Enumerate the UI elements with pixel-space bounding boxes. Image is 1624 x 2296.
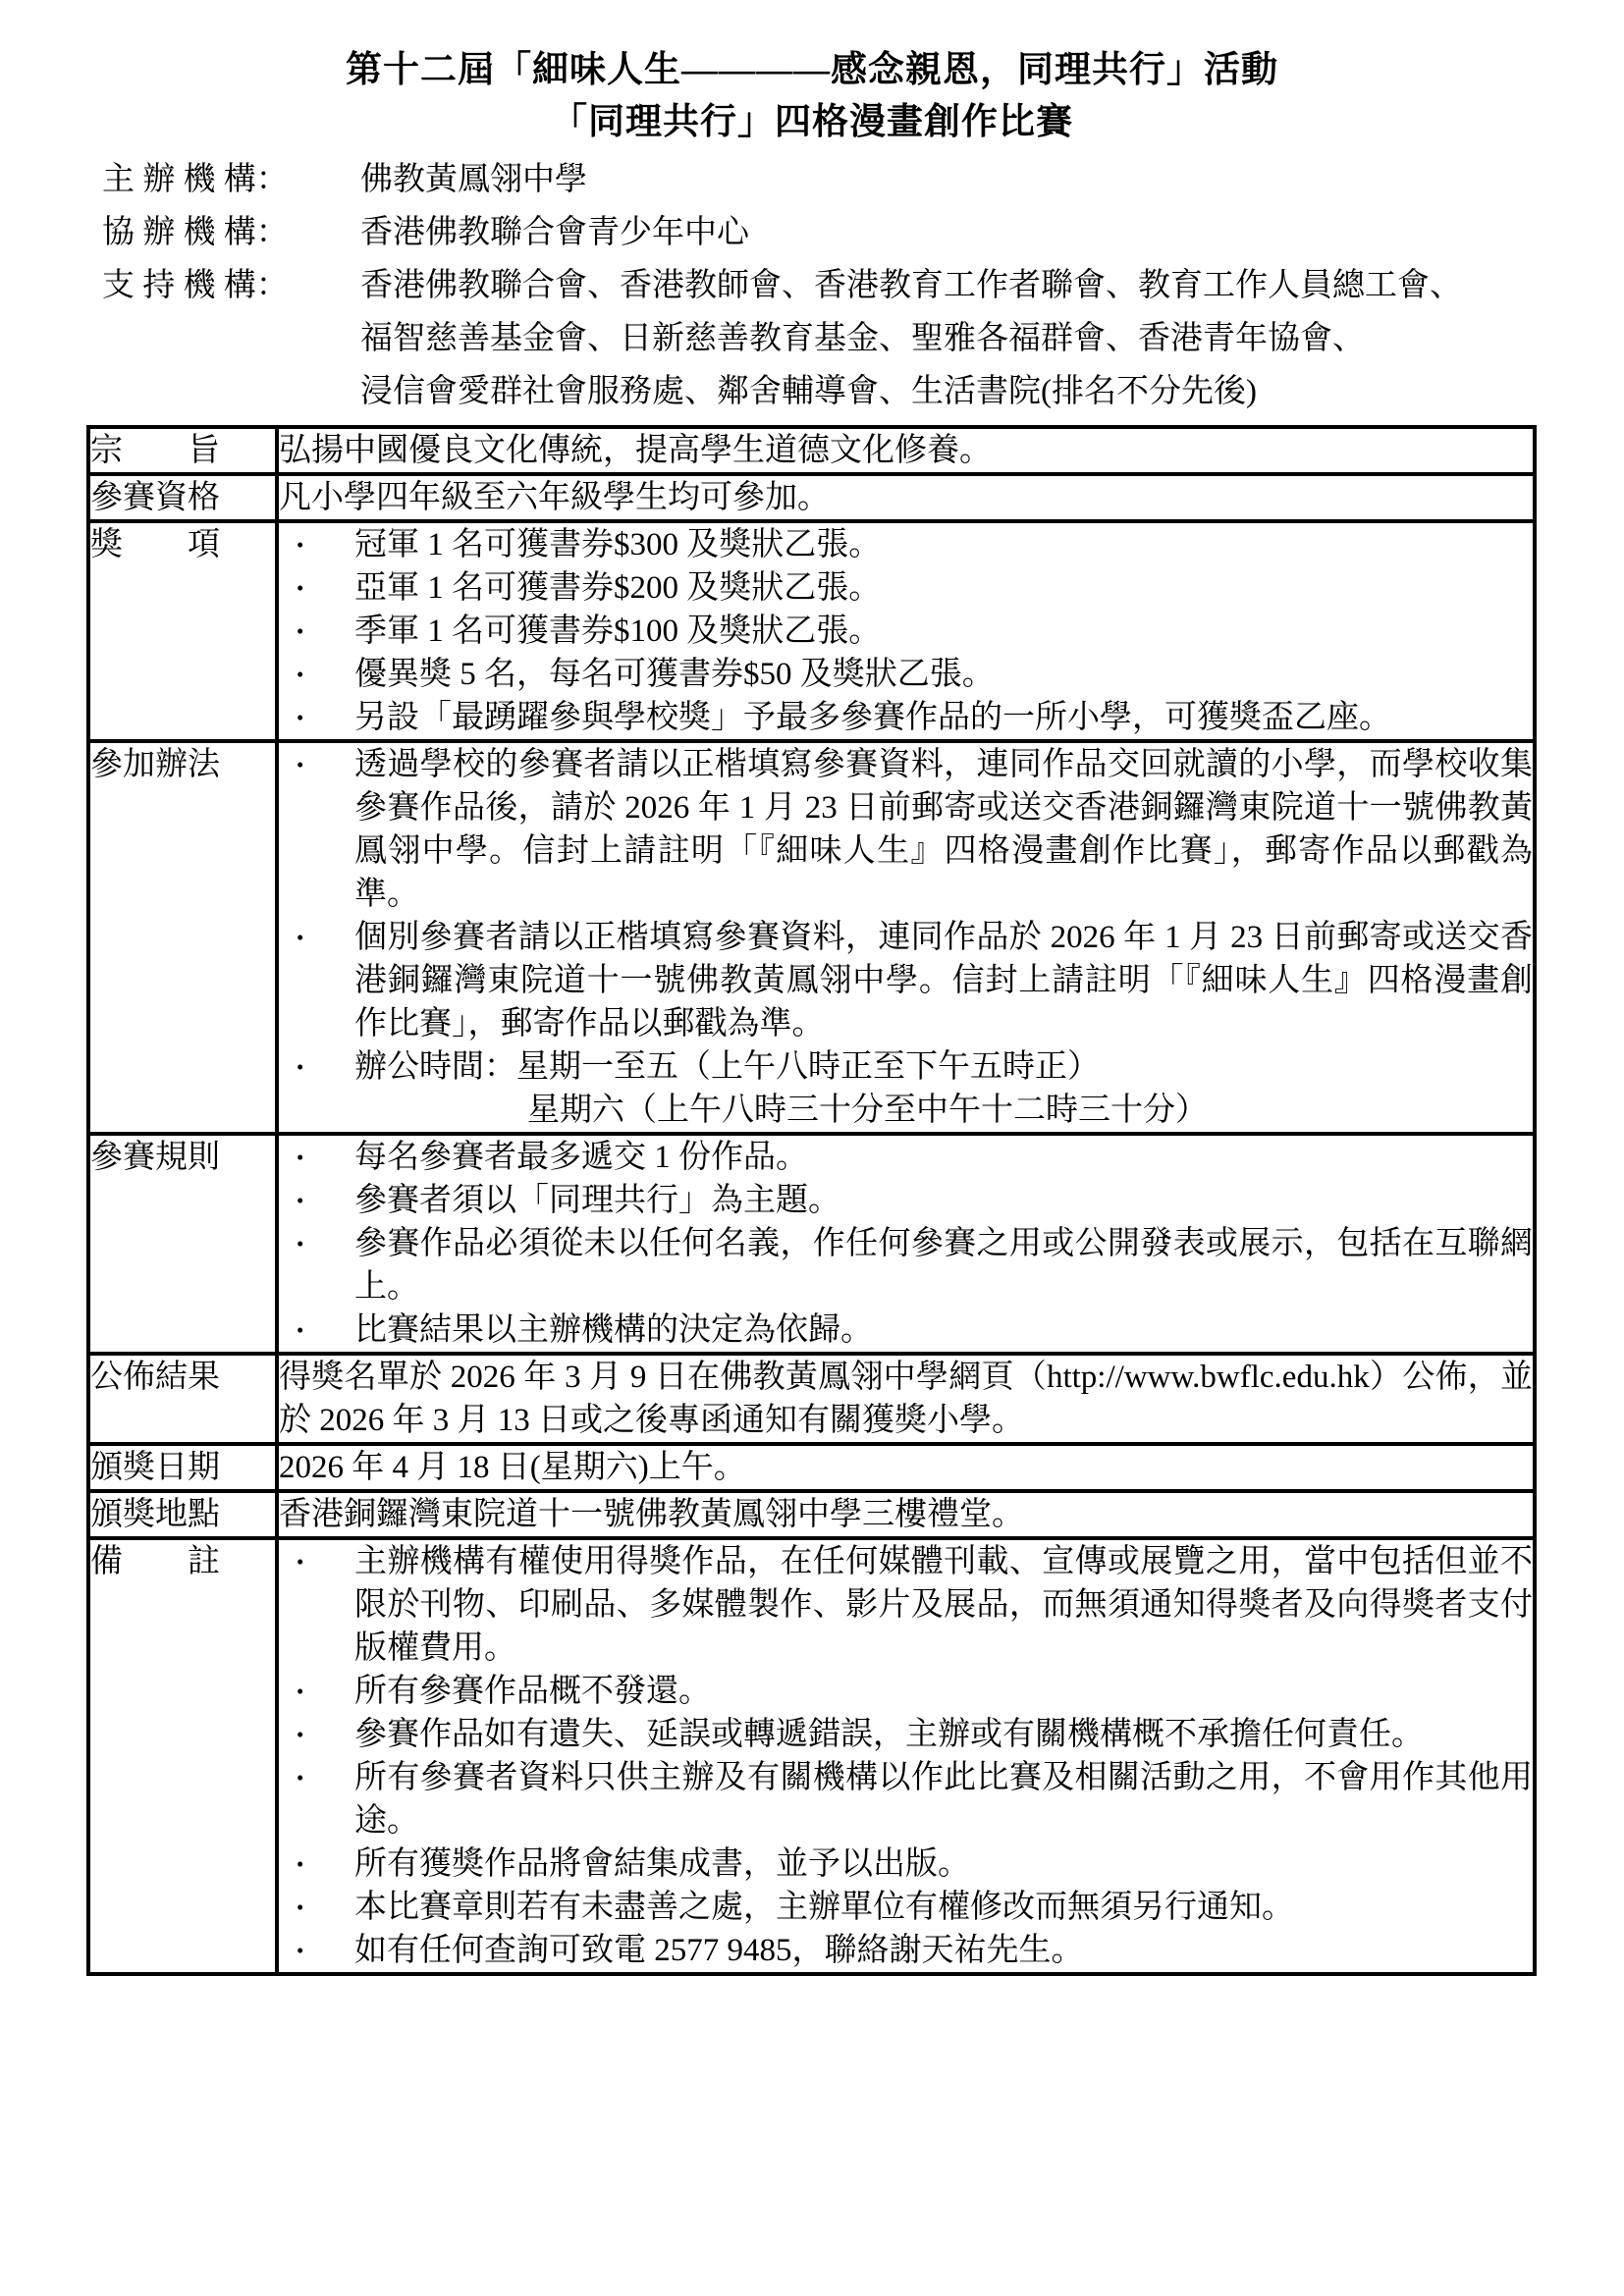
organizer-value-line: 香港佛教聯合會、香港教師會、香港教育工作者聯會、教育工作人員總工會、 — [360, 259, 1624, 312]
bullet-item: • 透過學校的參賽者請以正楷填寫參賽資料，連同作品交回就讀的小學，而學校收集參賽… — [279, 743, 1533, 916]
bullet-icon: • — [279, 1222, 354, 1308]
row-content: • 透過學校的參賽者請以正楷填寫參賽資料，連同作品交回就讀的小學，而學校收集參賽… — [277, 741, 1535, 1134]
organizer-value: 香港佛教聯合會、香港教師會、香港教育工作者聯會、教育工作人員總工會、 福智慈善基… — [360, 259, 1624, 418]
office-hours-line1: 辦公時間：星期一至五（上午八時正至下午五時正） — [354, 1045, 1533, 1089]
row-entry-method: 參加辦法 • 透過學校的參賽者請以正楷填寫參賽資料，連同作品交回就讀的小學，而學… — [88, 741, 1535, 1134]
results-text: 得獎名單於 2026 年 3 月 9 日在佛教黃鳳翎中學網頁（http://ww… — [279, 1356, 1533, 1442]
bullet-item: • 個別參賽者請以正楷填寫參賽資料，連同作品於 2026 年 1 月 23 日前… — [279, 916, 1533, 1045]
bullet-icon: • — [279, 1756, 354, 1842]
organizer-row: 主 辦 機 構： 佛教黃鳳翎中學 — [0, 153, 1624, 206]
row-content: • 每名參賽者最多遞交 1 份作品。 • 參賽者須以「同理共行」為主題。 • 參… — [277, 1134, 1535, 1354]
row-content: • 冠軍 1 名可獲書券$300 及獎狀乙張。 • 亞軍 1 名可獲書券$200… — [277, 521, 1535, 741]
bullet-item: • 亞軍 1 名可獲書券$200 及獎狀乙張。 — [279, 566, 1533, 610]
row-results-announcement: 公佈結果 得獎名單於 2026 年 3 月 9 日在佛教黃鳳翎中學網頁（http… — [88, 1354, 1535, 1444]
bullet-item: • 所有獲獎作品將會結集成書，並予以出版。 — [279, 1842, 1533, 1886]
bullet-text: 優異獎 5 名，每名可獲書券$50 及獎狀乙張。 — [354, 653, 1533, 696]
award-date-text: 2026 年 4 月 18 日(星期六)上午。 — [279, 1446, 1533, 1489]
bullet-text: 透過學校的參賽者請以正楷填寫參賽資料，連同作品交回就讀的小學，而學校收集參賽作品… — [354, 743, 1533, 916]
bullet-icon: • — [279, 610, 354, 653]
bullet-item: • 本比賽章則若有未盡善之處，主辦單位有權修改而無須另行通知。 — [279, 1886, 1533, 1929]
bullet-icon: • — [279, 1670, 354, 1713]
bullet-text: 冠軍 1 名可獲書券$300 及獎狀乙張。 — [354, 523, 1533, 566]
bullet-item: • 所有參賽者資料只供主辦及有關機構以作此比賽及相關活動之用，不會用作其他用途。 — [279, 1756, 1533, 1842]
row-remarks: 備 註 • 主辦機構有權使用得獎作品，在任何媒體刊載、宣傳或展覽之用，當中包括但… — [88, 1538, 1535, 1974]
row-prizes: 獎 項 • 冠軍 1 名可獲書券$300 及獎狀乙張。 • 亞軍 1 名可獲書券… — [88, 521, 1535, 741]
row-label: 獎 項 — [88, 521, 277, 741]
row-content: 弘揚中國優良文化傳統，提高學生道德文化修養。 — [277, 427, 1535, 474]
row-label: 公佈結果 — [88, 1354, 277, 1444]
bullet-item: • 季軍 1 名可獲書券$100 及獎狀乙張。 — [279, 610, 1533, 653]
bullet-item: • 冠軍 1 名可獲書券$300 及獎狀乙張。 — [279, 523, 1533, 566]
organizer-row: 協 辦 機 構： 香港佛教聯合會青少年中心 — [0, 206, 1624, 259]
row-award-date: 頒獎日期 2026 年 4 月 18 日(星期六)上午。 — [88, 1444, 1535, 1491]
organizer-label: 協 辦 機 構： — [102, 206, 360, 259]
organizer-label: 支 持 機 構： — [102, 259, 360, 418]
organizer-value-line: 福智慈善基金會、日新慈善教育基金、聖雅各福群會、香港青年協會、 — [360, 312, 1624, 365]
row-label: 參賽規則 — [88, 1134, 277, 1354]
organizer-value: 香港佛教聯合會青少年中心 — [360, 206, 1624, 259]
bullet-text: 另設「最踴躍參與學校獎」予最多參賽作品的一所小學，可獲獎盃乙座。 — [354, 696, 1533, 739]
document-page: 第十二屆「細味人生————感念親恩，同理共行」活動 「同理共行」四格漫畫創作比賽… — [0, 0, 1624, 2296]
bullet-icon: • — [279, 1136, 354, 1179]
bullet-item: • 如有任何查詢可致電 2577 9485，聯絡謝天祐先生。 — [279, 1929, 1533, 1972]
organizer-row: 支 持 機 構： 香港佛教聯合會、香港教師會、香港教育工作者聯會、教育工作人員總… — [0, 259, 1624, 418]
bullet-icon: • — [279, 1540, 354, 1670]
bullet-text: 所有參賽者資料只供主辦及有關機構以作此比賽及相關活動之用，不會用作其他用途。 — [354, 1756, 1533, 1842]
bullet-item: • 所有參賽作品概不發還。 — [279, 1670, 1533, 1713]
bullet-text: 每名參賽者最多遞交 1 份作品。 — [354, 1136, 1533, 1179]
award-venue-text: 香港銅鑼灣東院道十一號佛教黃鳳翎中學三樓禮堂。 — [279, 1493, 1533, 1536]
title-line-2: 「同理共行」四格漫畫創作比賽 — [0, 96, 1624, 148]
row-content: 香港銅鑼灣東院道十一號佛教黃鳳翎中學三樓禮堂。 — [277, 1491, 1535, 1538]
bullet-text: 個別參賽者請以正楷填寫參賽資料，連同作品於 2026 年 1 月 23 日前郵寄… — [354, 916, 1533, 1045]
bullet-text: 比賽結果以主辦機構的決定為依歸。 — [354, 1308, 1533, 1352]
bullet-icon: • — [279, 1886, 354, 1929]
row-eligibility: 參賽資格 凡小學四年級至六年級學生均可參加。 — [88, 474, 1535, 521]
bullet-icon: • — [279, 1713, 354, 1756]
bullet-text: 參賽者須以「同理共行」為主題。 — [354, 1179, 1533, 1222]
row-content: • 主辦機構有權使用得獎作品，在任何媒體刊載、宣傳或展覽之用，當中包括但並不限於… — [277, 1538, 1535, 1974]
row-content: 2026 年 4 月 18 日(星期六)上午。 — [277, 1444, 1535, 1491]
bullet-icon: • — [279, 566, 354, 610]
bullet-text: 如有任何查詢可致電 2577 9485，聯絡謝天祐先生。 — [354, 1929, 1533, 1972]
bullet-item: • 主辦機構有權使用得獎作品，在任何媒體刊載、宣傳或展覽之用，當中包括但並不限於… — [279, 1540, 1533, 1670]
organizer-block: 主 辦 機 構： 佛教黃鳳翎中學 協 辦 機 構： 香港佛教聯合會青少年中心 支… — [0, 153, 1624, 418]
bullet-text: 所有獲獎作品將會結集成書，並予以出版。 — [354, 1842, 1533, 1886]
bullet-item: • 比賽結果以主辦機構的決定為依歸。 — [279, 1308, 1533, 1352]
row-label: 頒獎日期 — [88, 1444, 277, 1491]
bullet-text: 參賽作品必須從未以任何名義，作任何參賽之用或公開發表或展示，包括在互聯網上。 — [354, 1222, 1533, 1308]
purpose-text: 弘揚中國優良文化傳統，提高學生道德文化修養。 — [279, 429, 1533, 472]
bullet-icon: • — [279, 1842, 354, 1886]
row-label: 宗 旨 — [88, 427, 277, 474]
row-purpose: 宗 旨 弘揚中國優良文化傳統，提高學生道德文化修養。 — [88, 427, 1535, 474]
bullet-icon: • — [279, 653, 354, 696]
bullet-item: • 另設「最踴躍參與學校獎」予最多參賽作品的一所小學，可獲獎盃乙座。 — [279, 696, 1533, 739]
row-content: 得獎名單於 2026 年 3 月 9 日在佛教黃鳳翎中學網頁（http://ww… — [277, 1354, 1535, 1444]
bullet-item: • 每名參賽者最多遞交 1 份作品。 — [279, 1136, 1533, 1179]
row-label: 參加辦法 — [88, 741, 277, 1134]
organizer-value-line: 香港佛教聯合會青少年中心 — [360, 206, 1624, 259]
row-label: 頒獎地點 — [88, 1491, 277, 1538]
row-content: 凡小學四年級至六年級學生均可參加。 — [277, 474, 1535, 521]
document-title: 第十二屆「細味人生————感念親恩，同理共行」活動 「同理共行」四格漫畫創作比賽 — [0, 44, 1624, 148]
organizer-label: 主 辦 機 構： — [102, 153, 360, 206]
bullet-icon: • — [279, 696, 354, 739]
bullet-item: • 優異獎 5 名，每名可獲書券$50 及獎狀乙張。 — [279, 653, 1533, 696]
bullet-text: 亞軍 1 名可獲書券$200 及獎狀乙張。 — [354, 566, 1533, 610]
row-rules: 參賽規則 • 每名參賽者最多遞交 1 份作品。 • 參賽者須以「同理共行」為主題… — [88, 1134, 1535, 1354]
row-label: 參賽資格 — [88, 474, 277, 521]
bullet-text: 季軍 1 名可獲書券$100 及獎狀乙張。 — [354, 610, 1533, 653]
bullet-item: • 參賽作品必須從未以任何名義，作任何參賽之用或公開發表或展示，包括在互聯網上。 — [279, 1222, 1533, 1308]
eligibility-text: 凡小學四年級至六年級學生均可參加。 — [279, 476, 1533, 519]
bullet-text: 主辦機構有權使用得獎作品，在任何媒體刊載、宣傳或展覽之用，當中包括但並不限於刊物… — [354, 1540, 1533, 1670]
bullet-icon: • — [279, 1045, 354, 1132]
bullet-item: • 參賽者須以「同理共行」為主題。 — [279, 1179, 1533, 1222]
title-line-1: 第十二屆「細味人生————感念親恩，同理共行」活動 — [0, 44, 1624, 96]
competition-details-table: 宗 旨 弘揚中國優良文化傳統，提高學生道德文化修養。 參賽資格 凡小學四年級至六… — [86, 425, 1537, 1976]
bullet-text: 本比賽章則若有未盡善之處，主辦單位有權修改而無須另行通知。 — [354, 1886, 1533, 1929]
bullet-icon: • — [279, 743, 354, 916]
row-label: 備 註 — [88, 1538, 277, 1974]
bullet-item: • 參賽作品如有遺失、延誤或轉遞錯誤，主辦或有關機構概不承擔任何責任。 — [279, 1713, 1533, 1756]
bullet-text: 辦公時間：星期一至五（上午八時正至下午五時正） 星期六（上午八時三十分至中午十二… — [354, 1045, 1533, 1132]
bullet-icon: • — [279, 523, 354, 566]
bullet-text: 所有參賽作品概不發還。 — [354, 1670, 1533, 1713]
bullet-text: 參賽作品如有遺失、延誤或轉遞錯誤，主辦或有關機構概不承擔任何責任。 — [354, 1713, 1533, 1756]
organizer-value-line: 浸信會愛群社會服務處、鄰舍輔導會、生活書院(排名不分先後) — [360, 365, 1624, 418]
organizer-value-line: 佛教黃鳳翎中學 — [360, 153, 1624, 206]
bullet-icon: • — [279, 1179, 354, 1222]
bullet-item: • 辦公時間：星期一至五（上午八時正至下午五時正） 星期六（上午八時三十分至中午… — [279, 1045, 1533, 1132]
office-hours-line2: 星期六（上午八時三十分至中午十二時三十分） — [354, 1089, 1533, 1132]
bullet-icon: • — [279, 1929, 354, 1972]
organizer-value: 佛教黃鳳翎中學 — [360, 153, 1624, 206]
bullet-icon: • — [279, 1308, 354, 1352]
row-award-venue: 頒獎地點 香港銅鑼灣東院道十一號佛教黃鳳翎中學三樓禮堂。 — [88, 1491, 1535, 1538]
bullet-icon: • — [279, 916, 354, 1045]
